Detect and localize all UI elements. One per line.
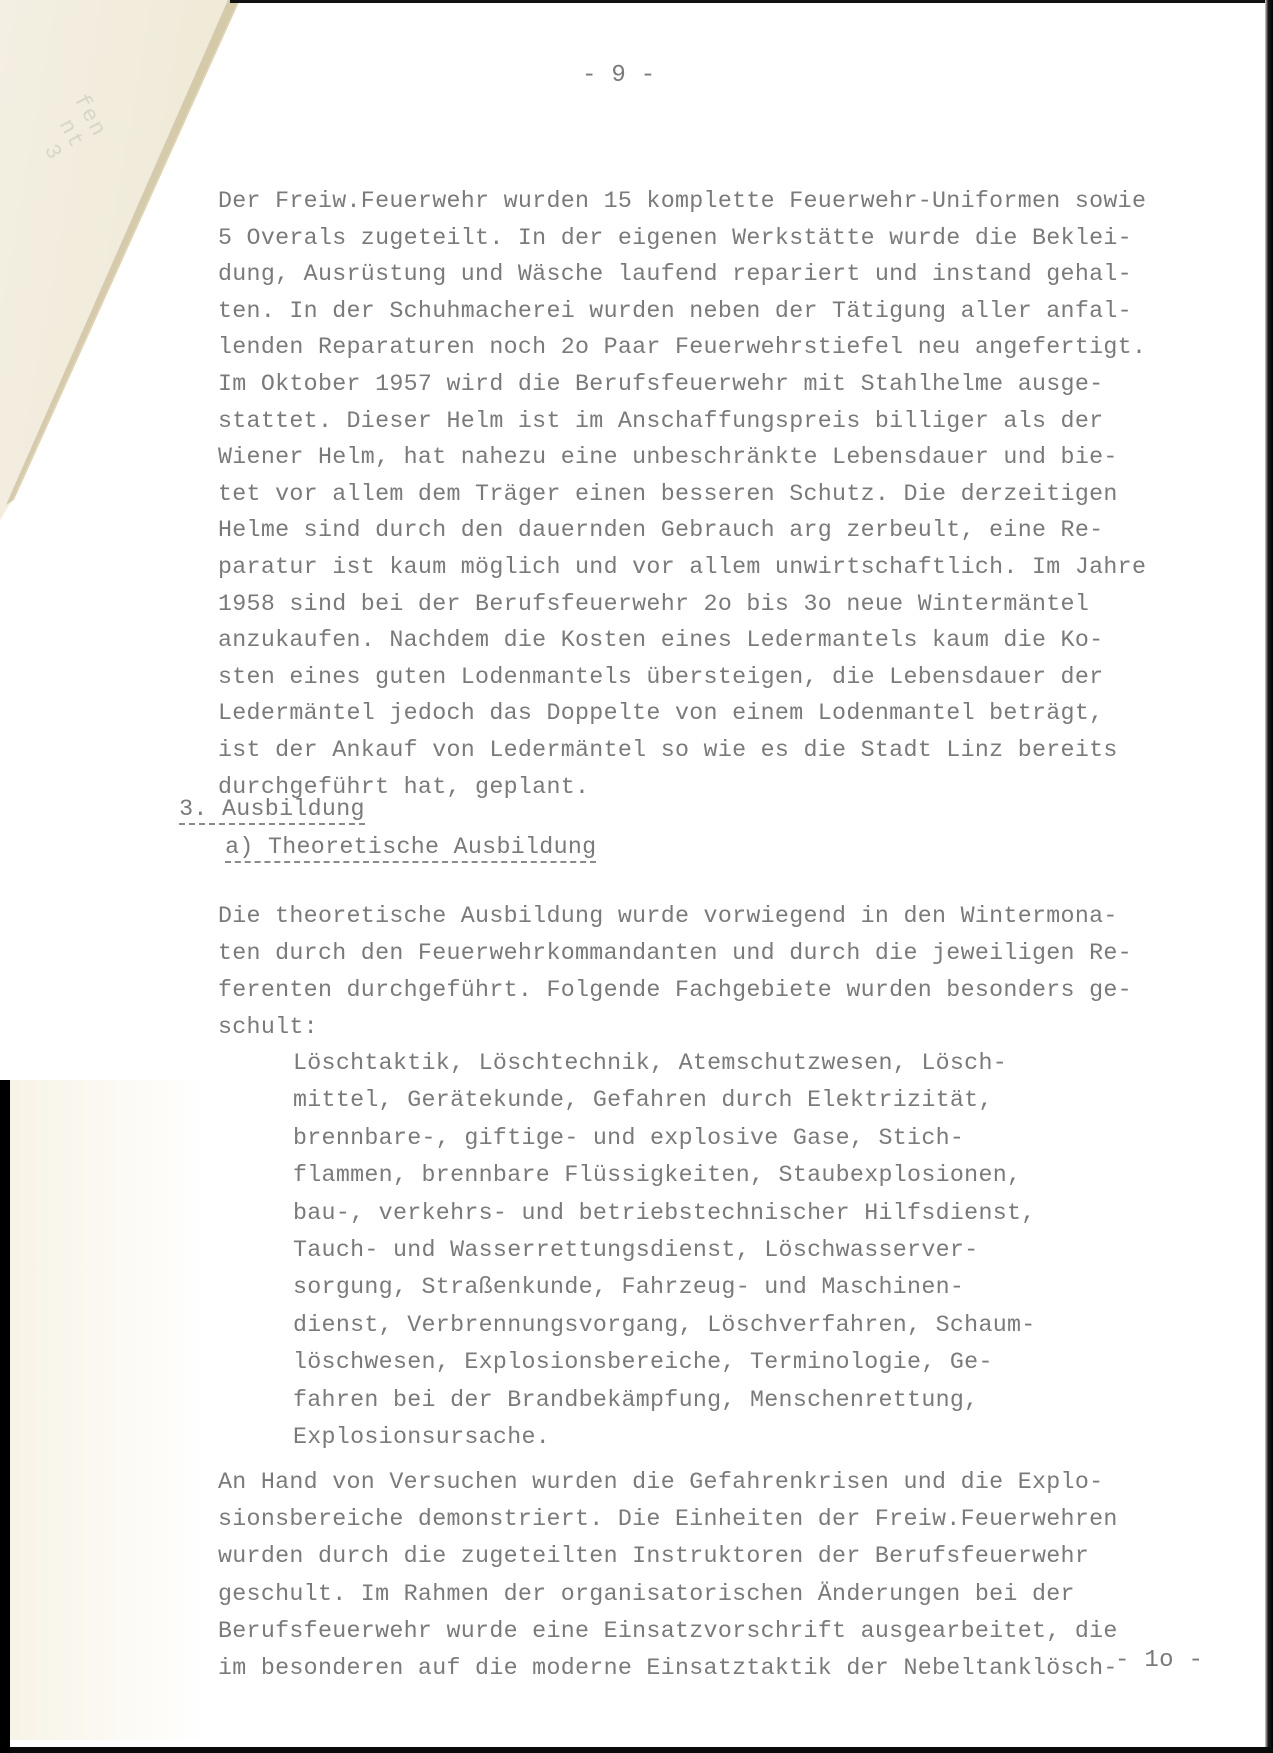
scan-border-top (230, 0, 1273, 3)
scan-border-bottom (0, 1747, 1273, 1753)
paragraph-clothing-equipment: Der Freiw.Feuerwehr wurden 15 komplette … (218, 131, 1146, 857)
text-line: sorgung, Straßenkunde, Fahrzeug- und Mas… (293, 1269, 1036, 1306)
paragraph-demonstrations: An Hand von Versuchen wurden die Gefahre… (218, 1412, 1118, 1739)
paragraph-lines: Der Freiw.Feuerwehr wurden 15 komplette … (218, 183, 1146, 805)
text-line: Wiener Helm, hat nahezu eine unbeschränk… (218, 439, 1146, 476)
text-line: sten eines guten Lodenmantels übersteige… (218, 659, 1146, 696)
text-line: ten durch den Feuerwehrkommandanten und … (218, 935, 1132, 972)
text-line: 5 Overals zugeteilt. In der eigenen Werk… (218, 220, 1146, 257)
text-line: flammen, brennbare Flüssigkeiten, Staube… (293, 1157, 1036, 1194)
scan-border-right (1265, 0, 1273, 1753)
text-line: ist der Ankauf von Ledermäntel so wie es… (218, 732, 1146, 769)
paper-discoloration (10, 1080, 210, 1740)
text-line: wurden durch die zugeteilten Instruktore… (218, 1538, 1118, 1575)
text-line: sionsbereiche demonstriert. Die Einheite… (218, 1501, 1118, 1538)
paragraph-lines: An Hand von Versuchen wurden die Gefahre… (218, 1464, 1118, 1687)
text-line: Ledermäntel jedoch das Doppelte von eine… (218, 695, 1146, 732)
text-line: im besonderen auf die moderne Einsatztak… (218, 1650, 1118, 1687)
text-line: ten. In der Schuhmacherei wurden neben d… (218, 293, 1146, 330)
page-number-top: - 9 - (582, 62, 656, 89)
text-line: Der Freiw.Feuerwehr wurden 15 komplette … (218, 183, 1146, 220)
text-line: Die theoretische Ausbildung wurde vorwie… (218, 898, 1132, 935)
text-line: Tauch- und Wasserrettungsdienst, Löschwa… (293, 1232, 1036, 1269)
text-line: lenden Reparaturen noch 2o Paar Feuerweh… (218, 329, 1146, 366)
text-line: bau-, verkehrs- und betriebstechnischer … (293, 1195, 1036, 1232)
text-line: stattet. Dieser Helm ist im Anschaffungs… (218, 403, 1146, 440)
text-line: dung, Ausrüstung und Wäsche laufend repa… (218, 256, 1146, 293)
text-line: Löschtaktik, Löschtechnik, Atemschutzwes… (293, 1045, 1036, 1082)
text-line: paratur ist kaum möglich und vor allem u… (218, 549, 1146, 586)
text-line: anzukaufen. Nachdem die Kosten eines Led… (218, 622, 1146, 659)
text-line: Berufsfeuerwehr wurde eine Einsatzvorsch… (218, 1613, 1118, 1650)
text-line: geschult. Im Rahmen der organisatorische… (218, 1576, 1118, 1613)
subject-list-lines: Löschtaktik, Löschtechnik, Atemschutzwes… (293, 1045, 1036, 1456)
text-line: An Hand von Versuchen wurden die Gefahre… (218, 1464, 1118, 1501)
text-line: tet vor allem dem Träger einen besseren … (218, 476, 1146, 513)
text-line: löschwesen, Explosionsbereiche, Terminol… (293, 1344, 1036, 1381)
page-number-next: - 1o - (1115, 1647, 1203, 1674)
text-line: mittel, Gerätekunde, Gefahren durch Elek… (293, 1082, 1036, 1119)
scan-border-left (0, 1080, 10, 1753)
text-line: Im Oktober 1957 wird die Berufsfeuerwehr… (218, 366, 1146, 403)
text-line: 1958 sind bei der Berufsfeuerwehr 2o bis… (218, 586, 1146, 623)
text-line: brennbare-, giftige- und explosive Gase,… (293, 1120, 1036, 1157)
scanned-page: fen nt 3 - 9 - Der Freiw.Feuerwehr wurde… (0, 0, 1273, 1753)
text-line: dienst, Verbrennungsvorgang, Löschverfah… (293, 1307, 1036, 1344)
text-line: Helme sind durch den dauernden Gebrauch … (218, 512, 1146, 549)
